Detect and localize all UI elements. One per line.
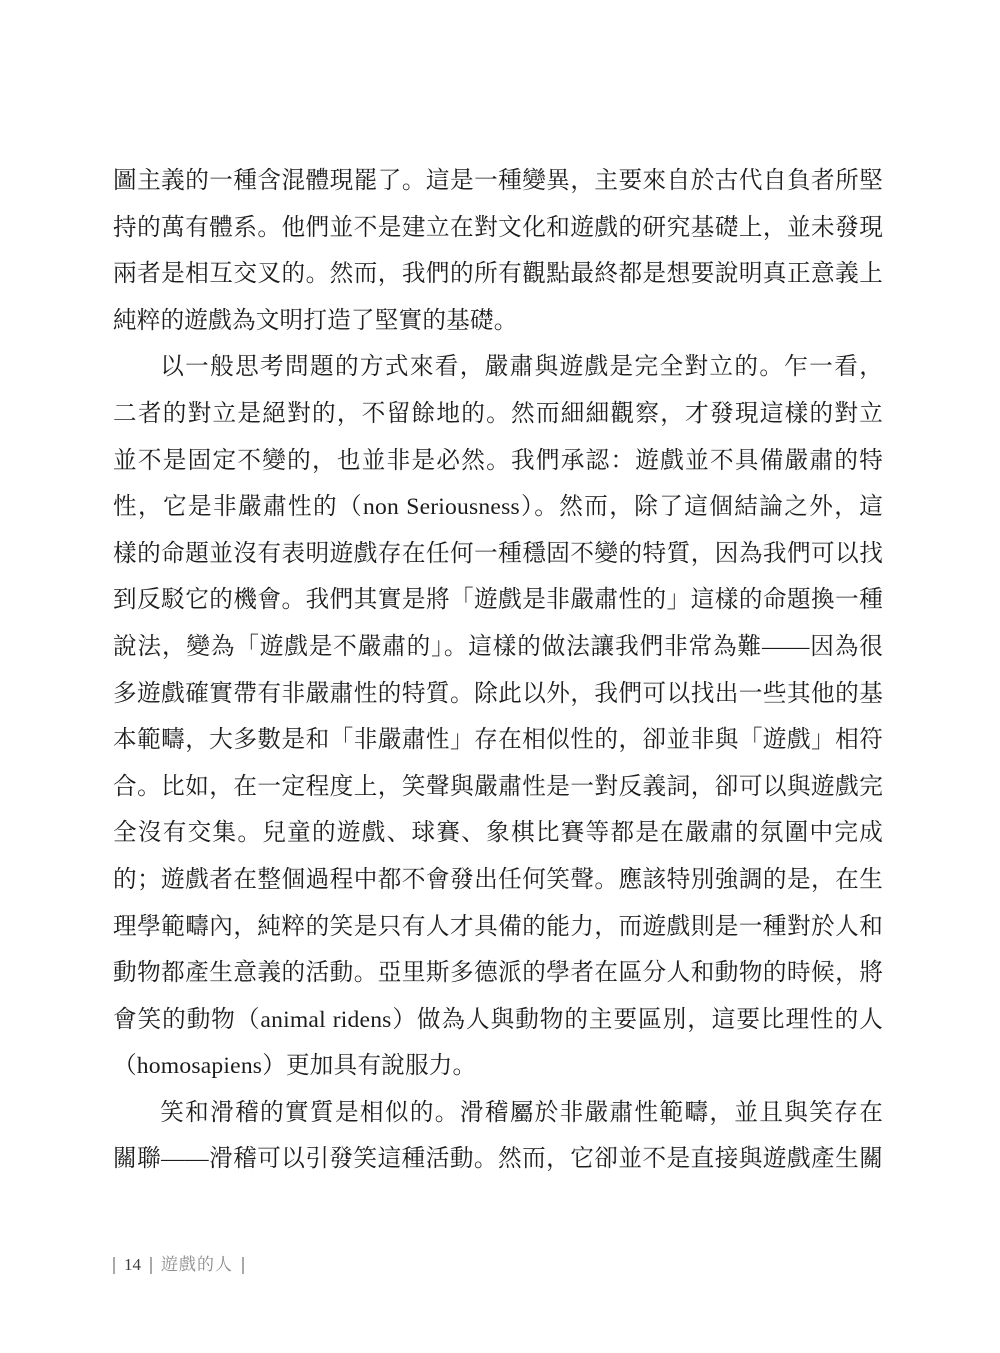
footer-divider <box>242 1257 244 1274</box>
footer-divider <box>150 1257 152 1274</box>
text-line: 性，它是非嚴肅性的（non Seriousness）。然而，除了這個結論之外，這 <box>113 484 883 531</box>
text-line: 持的萬有體系。他們並不是建立在對文化和遊戲的研究基礎上，並未發現 <box>113 205 883 252</box>
text-line: 圖主義的一種含混體現罷了。這是一種變異，主要來自於古代自負者所堅 <box>113 158 883 205</box>
text-line: 二者的對立是絕對的，不留餘地的。然而細細觀察，才發現這樣的對立 <box>113 391 883 438</box>
text-line: 本範疇，大多數是和「非嚴肅性」存在相似性的，卻並非與「遊戲」相符 <box>113 717 883 764</box>
paragraph: 笑和滑稽的實質是相似的。滑稽屬於非嚴肅性範疇，並且與笑存在 關聯——滑稽可以引發… <box>113 1090 883 1183</box>
text-line: 關聯——滑稽可以引發笑這種活動。然而，它卻並不是直接與遊戲產生關 <box>113 1136 883 1183</box>
footer-divider <box>113 1257 115 1274</box>
paragraph: 圖主義的一種含混體現罷了。這是一種變異，主要來自於古代自負者所堅 持的萬有體系。… <box>113 158 883 344</box>
text-line: 理學範疇內，純粹的笑是只有人才具備的能力，而遊戲則是一種對於人和 <box>113 904 883 951</box>
text-line: 合。比如，在一定程度上，笑聲與嚴肅性是一對反義詞，卻可以與遊戲完 <box>113 764 883 811</box>
text-line: （homosapiens）更加具有說服力。 <box>113 1043 883 1090</box>
text-line: 以一般思考問題的方式來看，嚴肅與遊戲是完全對立的。乍一看， <box>113 344 883 391</box>
text-line: 的；遊戲者在整個過程中都不會發出任何笑聲。應該特別強調的是，在生 <box>113 857 883 904</box>
text-line: 多遊戲確實帶有非嚴肅性的特質。除此以外，我們可以找出一些其他的基 <box>113 671 883 718</box>
text-line: 並不是固定不變的，也並非是必然。我們承認：遊戲並不具備嚴肅的特 <box>113 438 883 485</box>
text-line: 笑和滑稽的實質是相似的。滑稽屬於非嚴肅性範疇，並且與笑存在 <box>113 1090 883 1137</box>
book-title: 遊戲的人 <box>161 1254 233 1276</box>
text-line: 說法，變為「遊戲是不嚴肅的」。這樣的做法讓我們非常為難——因為很 <box>113 624 883 671</box>
text-line: 動物都產生意義的活動。亞里斯多德派的學者在區分人和動物的時候，將 <box>113 950 883 997</box>
text-line: 純粹的遊戲為文明打造了堅實的基礎。 <box>113 298 883 345</box>
page-number: 14 <box>124 1254 141 1276</box>
page-footer: 14 遊戲的人 <box>113 1254 244 1276</box>
text-line: 到反駁它的機會。我們其實是將「遊戲是非嚴肅性的」這樣的命題換一種 <box>113 577 883 624</box>
book-page: 圖主義的一種含混體現罷了。這是一種變異，主要來自於古代自負者所堅 持的萬有體系。… <box>0 0 1000 1353</box>
text-line: 兩者是相互交叉的。然而，我們的所有觀點最終都是想要說明真正意義上 <box>113 251 883 298</box>
text-line: 樣的命題並沒有表明遊戲存在任何一種穩固不變的特質，因為我們可以找 <box>113 531 883 578</box>
text-line: 全沒有交集。兒童的遊戲、球賽、象棋比賽等都是在嚴肅的氛圍中完成 <box>113 810 883 857</box>
body-text: 圖主義的一種含混體現罷了。這是一種變異，主要來自於古代自負者所堅 持的萬有體系。… <box>113 158 883 1183</box>
text-line: 會笑的動物（animal ridens）做為人與動物的主要區別，這要比理性的人 <box>113 997 883 1044</box>
paragraph: 以一般思考問題的方式來看，嚴肅與遊戲是完全對立的。乍一看， 二者的對立是絕對的，… <box>113 344 883 1090</box>
